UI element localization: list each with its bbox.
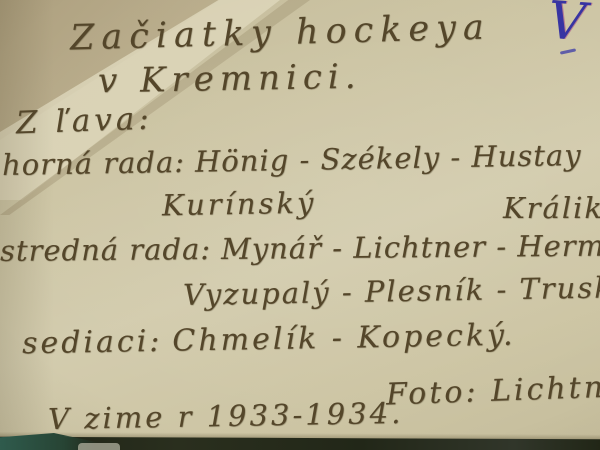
top-row-names: Hönig - Székely - Hustay [195,138,582,179]
blue-check-mark: V [546,0,588,53]
middle-row-names: Mynář - Lichtner - Hermann [221,228,600,266]
photograph-of-handwritten-note: Začiatky hockeya v Kremnici. Z ľava: hor… [0,0,600,450]
gray-background-spot [78,443,120,450]
photo-credit: Foto: Lichtner [386,372,600,411]
second-row-right-name: Králik [503,194,600,223]
second-row-left-name: Kurínský [162,189,317,221]
middle-row-line: stredná rada:Mynář - Lichtner - Hermann [0,231,600,266]
middle-row-label: stredná rada: [0,232,211,268]
sitting-row-line: sediaci:Chmelík - Kopecký. [22,321,516,360]
date-note: V zime r 1933-1934. [48,399,404,434]
top-row-label: horná rada: [2,145,186,182]
middle-row-second-line: Vyzupalý - Plesník - Truska [183,273,600,310]
title-line-2: v Kremnici. [98,60,362,99]
sitting-row-label: sediaci: [22,324,163,361]
from-left-label: Z ľava: [16,104,154,140]
sitting-row-names: Chmelík - Kopecký. [172,318,516,359]
